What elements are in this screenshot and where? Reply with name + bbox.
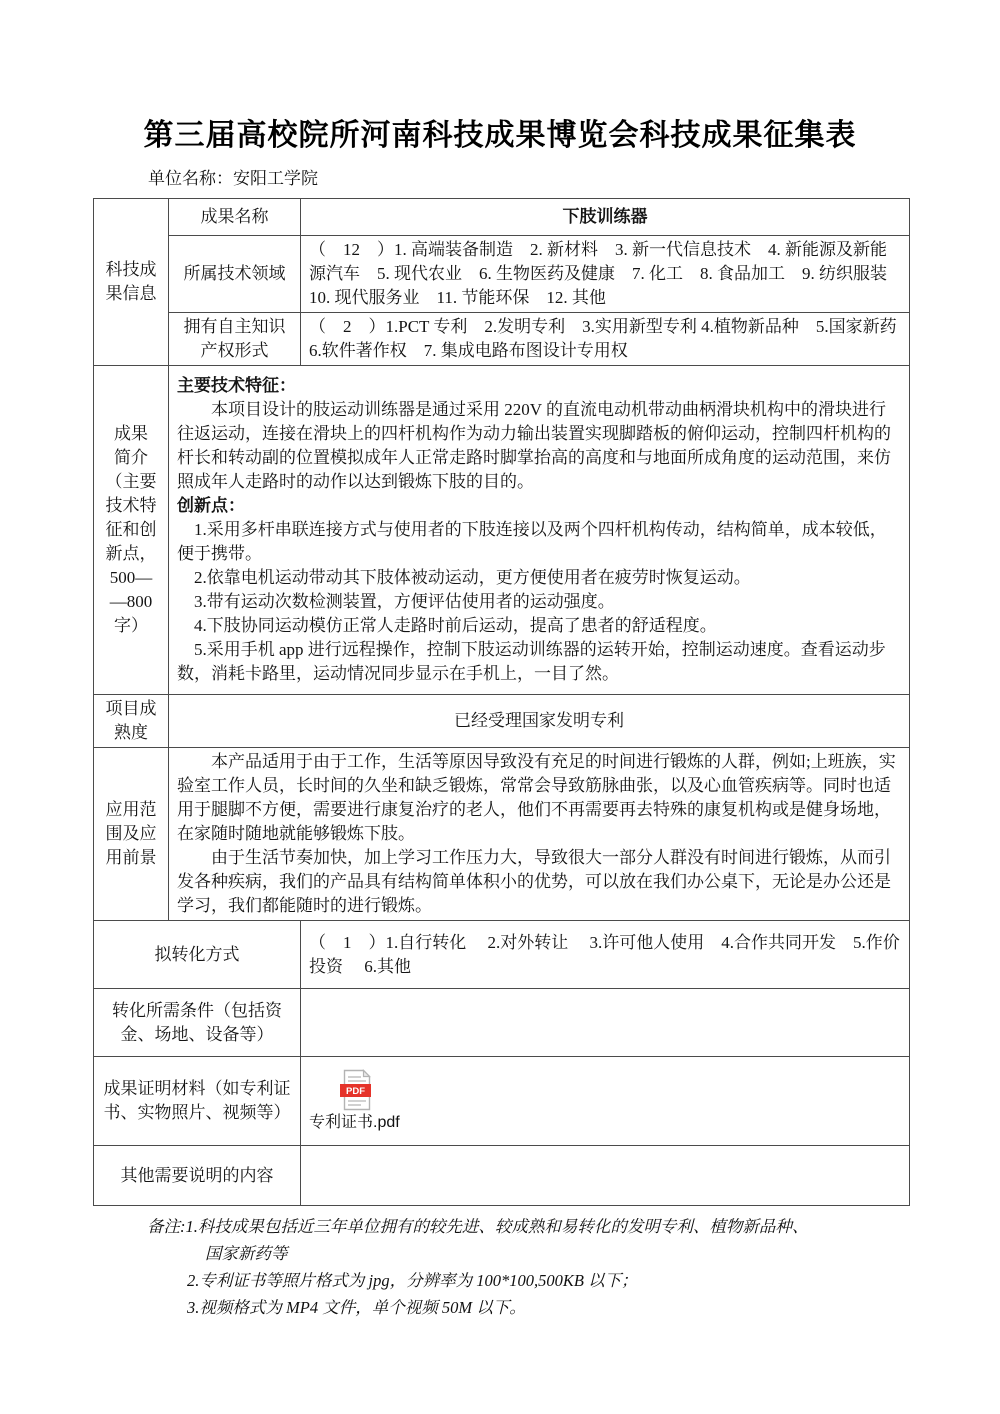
- row-transform: 拟转化方式 （ 1 ）1.自行转化 2.对外转让 3.许可他人使用 4.合作共同…: [94, 921, 910, 989]
- maturity-label-cell: 项目成 熟度: [94, 695, 169, 748]
- note-line: 3.视频格式为 MP4 文件，单个视频 50M 以下。: [187, 1294, 1000, 1321]
- name-value-cell: 下肢训练器: [301, 199, 910, 236]
- innovation-item: 5.采用手机 app 进行远程操作，控制下肢运动训练器的运转开始，控制运动速度。…: [177, 638, 901, 686]
- info-group-label-cell: 科技成 果信息: [94, 199, 169, 366]
- note-line: 备注:1.科技成果包括近三年单位拥有的较先进、较成熟和易转化的发明专利、植物新品…: [147, 1213, 1000, 1240]
- maturity-value-cell: 已经受理国家发明专利: [169, 695, 910, 748]
- other-value-cell: [301, 1146, 910, 1206]
- row-other: 其他需要说明的内容: [94, 1146, 910, 1206]
- conditions-value-cell: [301, 989, 910, 1057]
- tech-field-label-cell: 所属技术领域: [169, 236, 301, 313]
- transform-label-cell: 拟转化方式: [94, 921, 301, 989]
- conditions-label-cell: 转化所需条件（包括资 金、场地、设备等）: [94, 989, 301, 1057]
- tech-features-text: 本项目设计的肢运动训练器是通过采用 220V 的直流电动机带动曲柄滑块机构中的滑…: [177, 398, 901, 494]
- application-paragraph: 本产品适用于由于工作，生活等原因导致没有充足的时间进行锻炼的人群，例如;上班族，…: [177, 750, 901, 846]
- application-content-cell: 本产品适用于由于工作，生活等原因导致没有充足的时间进行锻炼的人群，例如;上班族，…: [169, 748, 910, 921]
- brief-content-cell: 主要技术特征： 本项目设计的肢运动训练器是通过采用 220V 的直流电动机带动曲…: [169, 366, 910, 695]
- note-line: 2.专利证书等照片格式为 jpg，分辨率为 100*100,500KB 以下；: [187, 1267, 1000, 1294]
- transform-options-cell: （ 1 ）1.自行转化 2.对外转让 3.许可他人使用 4.合作共同开发 5.作…: [301, 921, 910, 989]
- brief-label-cell: 成果 简介 （主要 技术特 征和创 新点， 500— —800 字）: [94, 366, 169, 695]
- row-maturity: 项目成 熟度 已经受理国家发明专利: [94, 695, 910, 748]
- achievements-form-table: 科技成 果信息 成果名称 下肢训练器 所属技术领域 （ 12 ）1. 高端装备制…: [93, 198, 910, 1206]
- document-page: 第三届高校院所河南科技成果博览会科技成果征集表 单位名称：安阳工学院 科技成 果…: [0, 0, 1000, 1414]
- application-label-cell: 应用范 围及应 用前景: [94, 748, 169, 921]
- ip-form-options-cell: （ 2 ）1.PCT 专利 2.发明专利 3.实用新型专利 4.植物新品种 5.…: [301, 313, 910, 366]
- other-label-cell: 其他需要说明的内容: [94, 1146, 301, 1206]
- application-paragraph: 由于生活节奏加快，加上学习工作压力大，导致很大一部分人群没有时间进行锻炼，从而引…: [177, 846, 901, 918]
- pdf-badge-text: PDF: [346, 1086, 365, 1097]
- ip-form-label-cell: 拥有自主知识 产权形式: [169, 313, 301, 366]
- innovation-item: 4.下肢协同运动模仿正常人走路时前后运动，提高了患者的舒适程度。: [177, 614, 901, 638]
- page-title: 第三届高校院所河南科技成果博览会科技成果征集表: [0, 0, 1000, 156]
- materials-value-cell: PDF 专利证书.pdf: [301, 1057, 910, 1146]
- innovation-item: 1.采用多杆串联连接方式与使用者的下肢连接以及两个四杆机构传动，结构简单，成本较…: [177, 518, 901, 566]
- pdf-attachment[interactable]: PDF 专利证书.pdf: [309, 1069, 400, 1133]
- materials-label-cell: 成果证明材料（如专利证 书、实物照片、视频等）: [94, 1057, 301, 1146]
- row-brief: 成果 简介 （主要 技术特 征和创 新点， 500— —800 字） 主要技术特…: [94, 366, 910, 695]
- row-application: 应用范 围及应 用前景 本产品适用于由于工作，生活等原因导致没有充足的时间进行锻…: [94, 748, 910, 921]
- pdf-filename[interactable]: 专利证书.pdf: [309, 1113, 400, 1133]
- row-tech-field: 所属技术领域 （ 12 ）1. 高端装备制造 2. 新材料 3. 新一代信息技术…: [94, 236, 910, 313]
- note-line: 国家新药等: [205, 1240, 1000, 1267]
- innovation-item: 3.带有运动次数检测装置，方便评估使用者的运动强度。: [177, 590, 901, 614]
- row-materials: 成果证明材料（如专利证 书、实物照片、视频等） PDF 专利证书.pdf: [94, 1057, 910, 1146]
- tech-features-heading: 主要技术特征：: [177, 374, 901, 398]
- org-name: 单位名称：安阳工学院: [148, 168, 1000, 190]
- innovation-item: 2.依靠电机运动带动其下肢体被动运动，更方便使用者在疲劳时恢复运动。: [177, 566, 901, 590]
- row-conditions: 转化所需条件（包括资 金、场地、设备等）: [94, 989, 910, 1057]
- pdf-file-icon[interactable]: PDF: [337, 1069, 374, 1111]
- name-label-cell: 成果名称: [169, 199, 301, 236]
- notes-section: 备注:1.科技成果包括近三年单位拥有的较先进、较成熟和易转化的发明专利、植物新品…: [93, 1213, 1000, 1321]
- innovation-heading: 创新点：: [177, 494, 901, 518]
- row-ip-form: 拥有自主知识 产权形式 （ 2 ）1.PCT 专利 2.发明专利 3.实用新型专…: [94, 313, 910, 366]
- tech-field-options-cell: （ 12 ）1. 高端装备制造 2. 新材料 3. 新一代信息技术 4. 新能源…: [301, 236, 910, 313]
- row-name: 科技成 果信息 成果名称 下肢训练器: [94, 199, 910, 236]
